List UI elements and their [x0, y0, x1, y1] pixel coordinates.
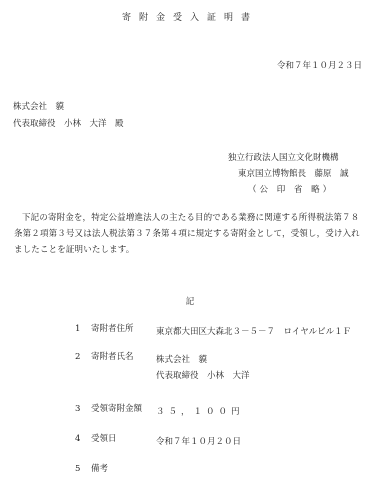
certification-statement: 下記の寄附金を，特定公益増進法人の主たる目的である業務に関連する所得税法第７８条… [14, 210, 362, 258]
issue-date: 令和７年１０月２３日 [277, 61, 362, 71]
record-value: 株式会社 貘 代表取締役 小林 大洋 [156, 352, 250, 384]
document-title: 寄附金受入証明書 [0, 13, 372, 24]
record-label: 寄附者住所 [91, 324, 134, 334]
record-label: 受領寄附金額 [91, 404, 142, 414]
record-value-line: 株式会社 貘 [156, 352, 250, 368]
record-label: 受領日 [91, 434, 117, 444]
record-value: 令和７年１０月２０日 [156, 434, 241, 450]
record-number: 4 [75, 434, 80, 444]
recipient-company: 株式会社 貘 [13, 99, 124, 116]
recipient-block: 株式会社 貘 代表取締役 小林 大洋 殿 [13, 99, 124, 133]
record-heading: 記 [0, 297, 372, 307]
record-number: 3 [75, 404, 80, 414]
record-value-line: 代表取締役 小林 大洋 [156, 368, 250, 384]
record-number: 2 [75, 352, 80, 362]
issuer-person: 東京国立博物館長 藤原 誠 [228, 166, 349, 182]
issuer-block: 独立行政法人国立文化財機構 東京国立博物館長 藤原 誠 （公 印 省 略） [228, 150, 349, 198]
record-value: 東京都大田区大森北３－５－７ ロイヤルビル１Ｆ [156, 324, 351, 340]
record-value: ３５，１００円 [156, 404, 244, 420]
seal-omitted-note: （公 印 省 略） [228, 182, 349, 198]
recipient-representative: 代表取締役 小林 大洋 殿 [13, 116, 124, 133]
record-label: 備考 [91, 464, 108, 474]
record-label: 寄附者氏名 [91, 352, 134, 362]
issuer-organization: 独立行政法人国立文化財機構 [228, 150, 349, 166]
record-number: 1 [75, 324, 80, 334]
record-number: 5 [75, 464, 80, 474]
